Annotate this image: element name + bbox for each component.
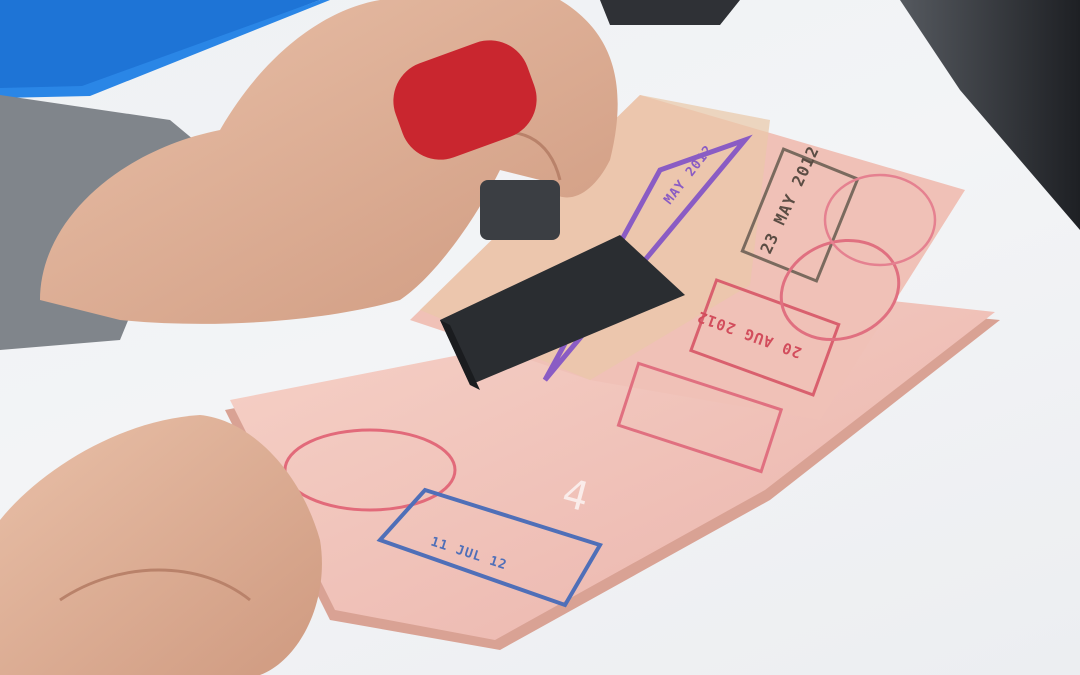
scene-illustration: MAY 2012 23 MAY 2012 20 AUG 2012 11 JUL … xyxy=(0,0,1080,675)
photo-scene: MAY 2012 23 MAY 2012 20 AUG 2012 11 JUL … xyxy=(0,0,1080,675)
